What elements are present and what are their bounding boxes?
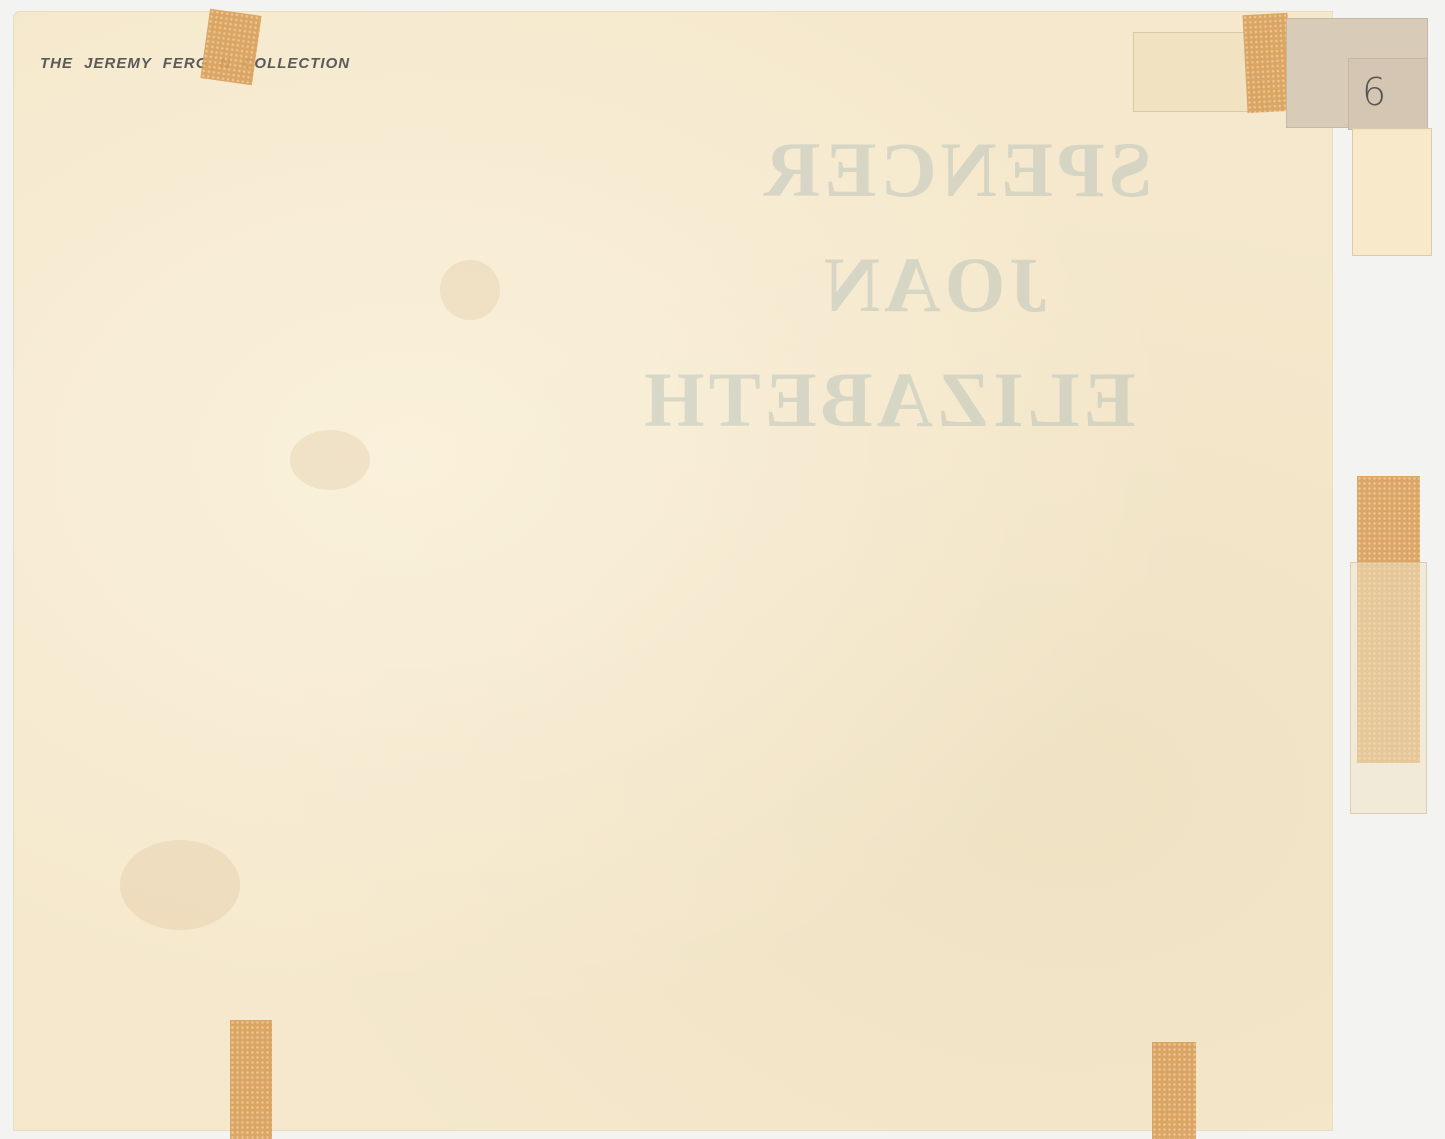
masking-tape [230, 1020, 272, 1139]
handwritten-number: 6 [1362, 70, 1386, 114]
clear-tape [1350, 562, 1427, 814]
water-stain [120, 840, 240, 930]
stain [290, 430, 370, 490]
bleed-through-text: SPENCER [760, 125, 1152, 215]
stain [440, 260, 500, 320]
bleed-through-text: ELIZABETH [640, 355, 1136, 445]
bleed-through-text: JOAN [820, 240, 1048, 330]
masking-tape [200, 9, 261, 86]
clear-tape [1352, 128, 1432, 256]
collection-stamp: THE JEREMY FERG N COLLECTION [40, 55, 350, 72]
masking-tape [1152, 1042, 1196, 1139]
grey-tape [1348, 58, 1428, 130]
